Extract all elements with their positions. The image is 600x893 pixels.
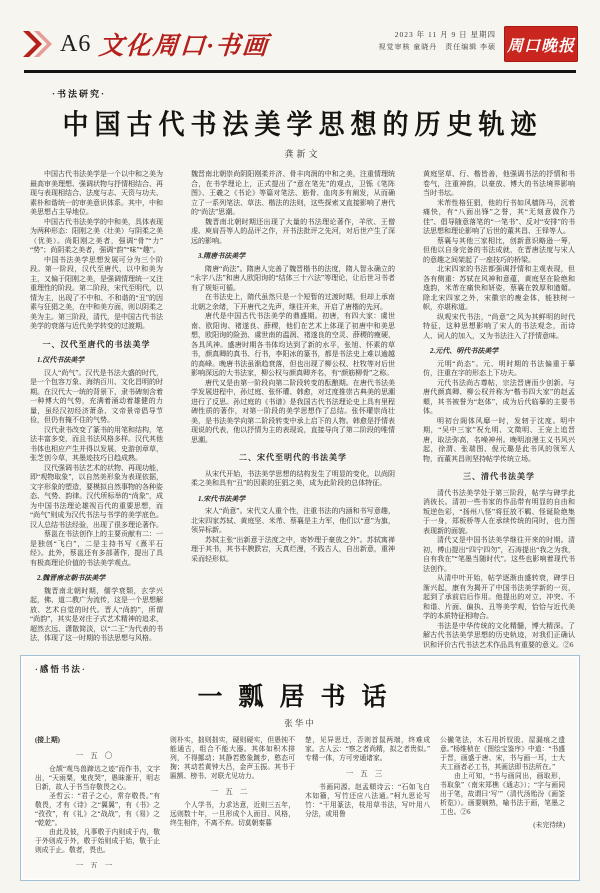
paragraph: 明初台阁体风靡一时，发轫于沈度。明中期，“吴中三家”祝允明、文徵明、王宠上追晋唐… — [423, 417, 575, 465]
paragraph: 元代书法尚古尊帖，宗法晋唐而少创新。与唐代颜真卿、柳公权并称为“楷书四大家”的赵… — [423, 379, 575, 417]
feature-column-3: 楚，见异思迁，否则首鼠两端，终难成家。古人云：“察之者尚精，拟之者贵似。”专精一… — [305, 736, 430, 868]
paragraph-continuation: 楚，见异思迁，否则首鼠两端，终难成家。古人云：“察之者尚精，拟之者贵似。”专精一… — [305, 736, 430, 763]
paragraph: 汉代强调书法艺术的状物、再现功能，即“观物取象”，以自然美形象为表现依据，文字形… — [30, 464, 163, 531]
edition-number: A6 — [60, 31, 91, 58]
paragraph: 北宋四家的书法都强调抒情和主观表现，但各有侧重：苏轼在风神和意蕴，黄庭坚在险绝和… — [423, 265, 575, 313]
sub-heading: 2.元代、明代书法美学 — [423, 347, 575, 357]
feature-column-4: 公撇笔法，木石用折钗股、屋漏痕之遗意。”杨维桢在《图绘宝鉴序》中道：“书盛于晋，… — [440, 736, 565, 868]
article-title: 中国古代书法美学思想的历史轨迹 — [30, 103, 575, 142]
section-masthead: 文化周口·书画 — [98, 26, 271, 62]
paragraph: 宋人“尚意”。宋代文人重个性，注重书法的内涵和书写意趣，北宋四家苏轼、黄庭坚、米… — [191, 507, 395, 536]
sub-heading: 1.汉代书法美学 — [30, 356, 163, 366]
paragraph: 唐代又是由第一阶段向第二阶段转变的酝酿期。在唐代书法美学发展进程中，孙过庭、张怀… — [191, 379, 395, 446]
newspaper-logo: 周口晚报 — [504, 26, 578, 62]
paragraph: 个人学书，力求达意，近则三五年，远则数十年，一旦形成个人面目、风格，终生相伴，不… — [170, 801, 295, 828]
sub-heading: 1.宋代书法美学 — [191, 495, 395, 505]
paragraph: 纵观宋代书法，“尚意”之风为其鲜明的时代特征，这种思想影响了宋人的书法观念，而诗… — [423, 313, 575, 342]
section-arrow-icon — [22, 30, 52, 58]
to-be-continued-note: (未完待续) — [440, 821, 565, 830]
article-column-2: 魏晋南北朝崇尚阴阳刚柔并济、骨丰肉润的中和之美，注重情理统合，在书学理论上，正式… — [191, 170, 395, 648]
paragraph: 苏轼主张“出新意于法度之中，寄妙理于豪放之外”。苏轼寓禅理于其书，其书丰腴跌宕，… — [191, 536, 395, 565]
dateline: 2023 年 11 月 9 日 星期四 — [379, 29, 497, 40]
paragraph: 书画同源。赵孟頫诗云：“石如飞白木如籀，写竹还应八法通。”柯九思论写竹：“干用篆… — [305, 783, 430, 819]
paragraph: 圣哲云：“君子之心，常存敬畏。”有敬畏，才有《诗》之“翼翼”，有《书》之“孜孜”… — [35, 792, 160, 828]
paragraph: 汉人“尚气”。汉代是书法大盛的时代，是一个包容万象、海纳百川、文化昌明的时期。在… — [30, 369, 163, 426]
paragraph: 中国书法美学思想发展可分为三个阶段。第一阶段，汉代至唐代，以中和美为主，又偏于阳… — [30, 256, 163, 332]
article-kicker: ·书法研究· — [52, 87, 575, 100]
paragraph: 蔡邕在书法创作上的主要贡献有二：一是独创“飞白”，二是主持书写《熹平石经》。此外… — [30, 530, 163, 568]
article-column-1: 中国古代书法美学是一个以中和之美为最高审美理想、强调状物与抒情相结合、再现与表现… — [30, 170, 163, 648]
paragraph: 书法是中华传统的文化精髓，博大精深。了解古代书法美学思想的历史轨迹，对我们正确认… — [423, 622, 575, 649]
entry-number: 一五二 — [170, 787, 295, 796]
paragraph-continuation: 则朴实，拙则拙实，硬则硬实，但愚钝不能通古，组合不能大器。其体如积木排列，不得挪… — [170, 736, 295, 781]
feature-column-2: 则朴实，拙则拙实，硬则硬实，但愚钝不能通古，组合不能大器。其体如积木排列，不得挪… — [170, 736, 295, 868]
paragraph: 由此及彼，凡事敬于内则成于内，敬于外则成于外，敬于始则成于始，敬于止则成于止。敬… — [35, 828, 160, 855]
masthead-info: 2023 年 11 月 9 日 星期四 视觉审核 童晓丹 责任编辑 李硕 — [379, 29, 497, 53]
paragraph-continuation: 黄庭坚草、行、楷皆善，他强调书法的抒情和书卷气，注重神韵，以豪放、博大的书法境界… — [423, 170, 575, 199]
feature-kicker: ·感悟书法· — [35, 663, 565, 675]
paragraph: 清代书法美学处于第三阶段，帖学与碑学此消彼长。清初一些书家的作品带有明显的自由和… — [423, 489, 575, 537]
sub-heading: 2.魏晋南北朝书法美学 — [30, 574, 163, 584]
paragraph: 蔡襄与其他三家相比，创新意识略逊一筹，但他以自身完备的书法成就，在晋唐法度与宋人… — [423, 237, 575, 266]
paragraph: 由上可知，“书与画同出，画取形，书取象”（南宋郑樵《通志》）；“字与画同出于笔，… — [440, 772, 565, 817]
article-author: 龚新文 — [30, 147, 575, 160]
paragraph: 中国古代书法美学的中和美，具体表现为两种形态：阳刚之美（壮美）与阴柔之美（优美）… — [30, 218, 163, 256]
continued-note: (接上期) — [35, 736, 160, 745]
paragraph: 仓颉“观鸟兽蹄迒之迹”而作书，文字出，“天雨粟，鬼夜哭”，愚昧渐开，明志日新，故… — [35, 765, 160, 792]
paragraph: 从宋代开始，书法美学思想的结构发生了明显的变化，以尚阴柔之美和具有“丑”的因素的… — [191, 470, 395, 489]
feature-columns: (接上期)一五〇仓颉“观鸟兽蹄迒之迹”而作书，文字出，“天雨粟，鬼夜哭”，愚昧渐… — [35, 736, 565, 868]
feature-column-1: (接上期)一五〇仓颉“观鸟兽蹄迒之迹”而作书，文字出，“天雨粟，鬼夜哭”，愚昧渐… — [35, 736, 160, 868]
masthead-rule — [24, 70, 576, 73]
main-article: ·书法研究· 中国古代书法美学思想的历史轨迹 龚新文 中国古代书法美学是一个以中… — [0, 87, 600, 648]
paragraph: 中国古代书法美学是一个以中和之美为最高审美理想、强调状物与抒情相结合、再现与表现… — [30, 170, 163, 218]
paragraph: 魏晋南北朝时期，儒学衰颓，玄学兴起，佛、道二教广为流传，这是一个思想解放、艺术自… — [30, 587, 163, 644]
section-heading: 一、汉代至唐代的书法美学 — [30, 340, 163, 350]
newspaper-page: { "page": { "edition": "A6", "section_ti… — [0, 0, 600, 893]
paragraph: 从清中叶开始，帖学逐渐由盛转衰，碑学日渐兴起，康有为揭开了中国书法美学新的一页，… — [423, 574, 575, 622]
masthead-left: A6 文化周口·书画 — [22, 26, 379, 62]
article-column-3: 黄庭坚草、行、楷皆善，他强调书法的抒情和书卷气，注重神韵，以豪放、博大的书法境界… — [423, 170, 575, 648]
entry-number: 一五〇 — [35, 751, 160, 760]
paragraph: 在书法史上，隋代虽然只是一个短暂的过渡时期，但却上承南北朝之余绪，下开唐代之先声… — [191, 293, 395, 312]
masthead: A6 文化周口·书画 2023 年 11 月 9 日 星期四 视觉审核 童晓丹 … — [0, 0, 600, 62]
paragraph: 隋唐“尚法”。隋唐人完善了魏晋楷书的法度，隋人智永确立的“永字八法”和唐人欧阳询… — [191, 265, 395, 294]
paragraph: 清代又是中国书法美学继往开来的时期。清初，傅山提出“四宁四勿”，石涛提出“我之为… — [423, 536, 575, 574]
entry-number: 一五三 — [305, 769, 430, 778]
paragraph: 汉代隶书改变了篆书的用笔和结构，笔法丰富多变，而且书法风格多样。汉代其他书体也相… — [30, 426, 163, 464]
feature-box: ·感悟书法· 一瓢居书话 张华中 (接上期)一五〇仓颉“观鸟兽蹄迒之迹”而作书，… — [20, 655, 580, 881]
paragraph: 元明“尚态”。元、明时期的书法偏重于摹仿，注重在字的形态上下功夫。 — [423, 360, 575, 379]
paragraph-continuation: 魏晋南北朝崇尚阴阳刚柔并济、骨丰肉润的中和之美，注重情理统合，在书学理论上，正式… — [191, 170, 395, 218]
paragraph: 唐代是中国古代书法美学的鼎盛期。初唐，有四大家：虞世南、欧阳询、褚遂良、薛稷，他… — [191, 312, 395, 379]
entry-number: 一五一 — [35, 861, 160, 868]
feature-author: 张华中 — [35, 717, 565, 729]
paragraph-continuation: 公撇笔法，木石用折钗股、屋漏痕之遗意。”杨维桢在《图绘宝鉴序》中道：“书盛于晋，… — [440, 736, 565, 772]
sub-heading: 3.隋唐书法美学 — [191, 252, 395, 262]
section-heading: 二、宋代至明代的书法美学 — [191, 453, 395, 463]
article-columns: 中国古代书法美学是一个以中和之美为最高审美理想、强调状物与抒情相结合、再现与表现… — [30, 170, 575, 648]
staff-credits: 视觉审核 童晓丹 责任编辑 李硕 — [379, 42, 497, 53]
paragraph: 米芾性格狂狷，他的行书如风樯阵马，沉着痛快，有“八面出锋”之誉，其“无刻意做作乃… — [423, 199, 575, 237]
paragraph: 魏晋南北朝时期还出现了大量的书法理论著作，羊欣、王僧虔、庾肩吾等人的品评之作，开… — [191, 218, 395, 247]
section-heading: 三、清代书法美学 — [423, 472, 575, 482]
feature-title: 一瓢居书话 — [35, 677, 565, 713]
